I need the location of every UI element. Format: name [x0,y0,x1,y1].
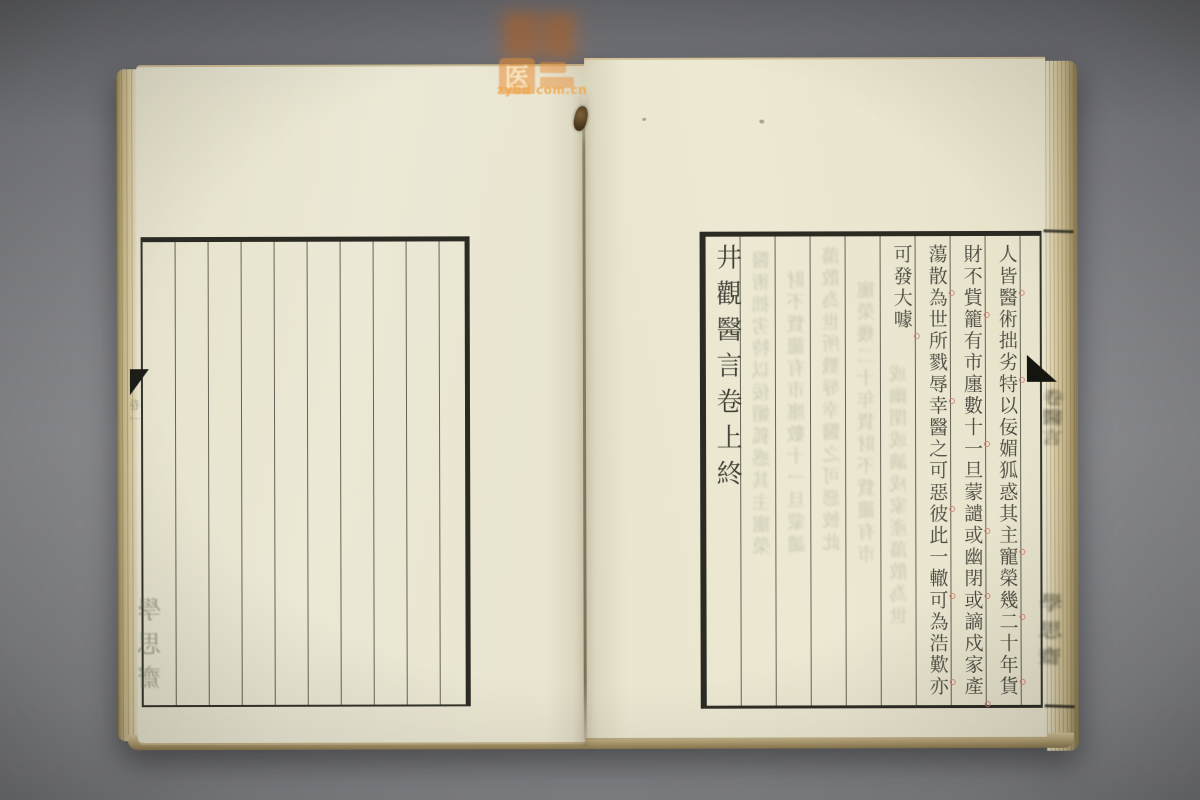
vermilion-mark [1019,549,1025,555]
right-page-frame: 井觀醫言卷上終 人皆醫術拙劣特以佞媚狐惑其主寵榮幾二十年貨財不貲籠有市廛數十一旦… [700,231,1043,709]
text-column: 可發大噱 [884,244,919,330]
left-page-frame [141,236,471,707]
vermilion-mark [1020,614,1026,620]
watermark-blur-block [505,13,538,57]
text-column: 人皆醫術拙劣特以佞媚狐惑其主寵榮幾二十年貨 [989,244,1025,698]
vermilion-mark [1019,290,1025,296]
show-through-ghost-column: 醫術拙劣特以佞媚狐惑其主寵榮 [745,251,781,559]
open-book: 卷一 學思齋 井觀醫言卷上終 人皆醫術拙劣特以佞媚狐惑其主寵榮幾二十年貨財不貲籠… [114,57,1079,760]
text-column: 財不貲籠有市廛數十一旦蒙譴或幽閉或謫戍家產 [954,244,990,698]
vermilion-mark [984,528,990,534]
show-through-ghost-column: 蕩散為世所戮辱幸醫之可惡彼此 [815,246,851,554]
photo-scene: 卷一 學思齋 井觀醫言卷上終 人皆醫術拙劣特以佞媚狐惑其主寵榮幾二十年貨財不貲籠… [0,0,1200,800]
faint-edge-mark: 卷一 [128,399,144,427]
vermilion-mark [950,679,956,685]
watermark-glow [498,8,582,62]
show-through-ghost-column: 財不貲籠有市廛數十一旦蒙譴 [780,270,816,556]
gutter-shadow-right [584,60,628,740]
vermilion-mark [984,312,990,318]
vermilion-mark [1020,679,1026,685]
show-through-ghost-column: 或幽閉或謫戍家產蕩散為世 [882,364,918,628]
vermilion-mark [985,701,991,707]
paper-speck [759,120,764,124]
vermilion-mark [1019,376,1025,382]
watermark-blur-block [543,15,573,57]
show-through-ghost-column: 寵榮幾二十年貨財不貲籠有市 [850,280,886,566]
fore-edge-smudge-bottom: 學思齋 [1036,593,1062,674]
vermilion-mark [984,593,990,599]
volume-end-column: 井觀醫言卷上終 [709,244,746,496]
text-column: 蕩散為世所戮辱幸醫之可惡彼此一轍可為浩歎亦 [919,244,955,698]
show-through-colophon: 學思齋 [134,597,168,699]
vermilion-mark [949,593,955,599]
fore-edge-smudge-top: 卷醫言 [1038,388,1063,449]
paper-speck [642,118,646,121]
gutter-shadow-left [544,64,586,744]
